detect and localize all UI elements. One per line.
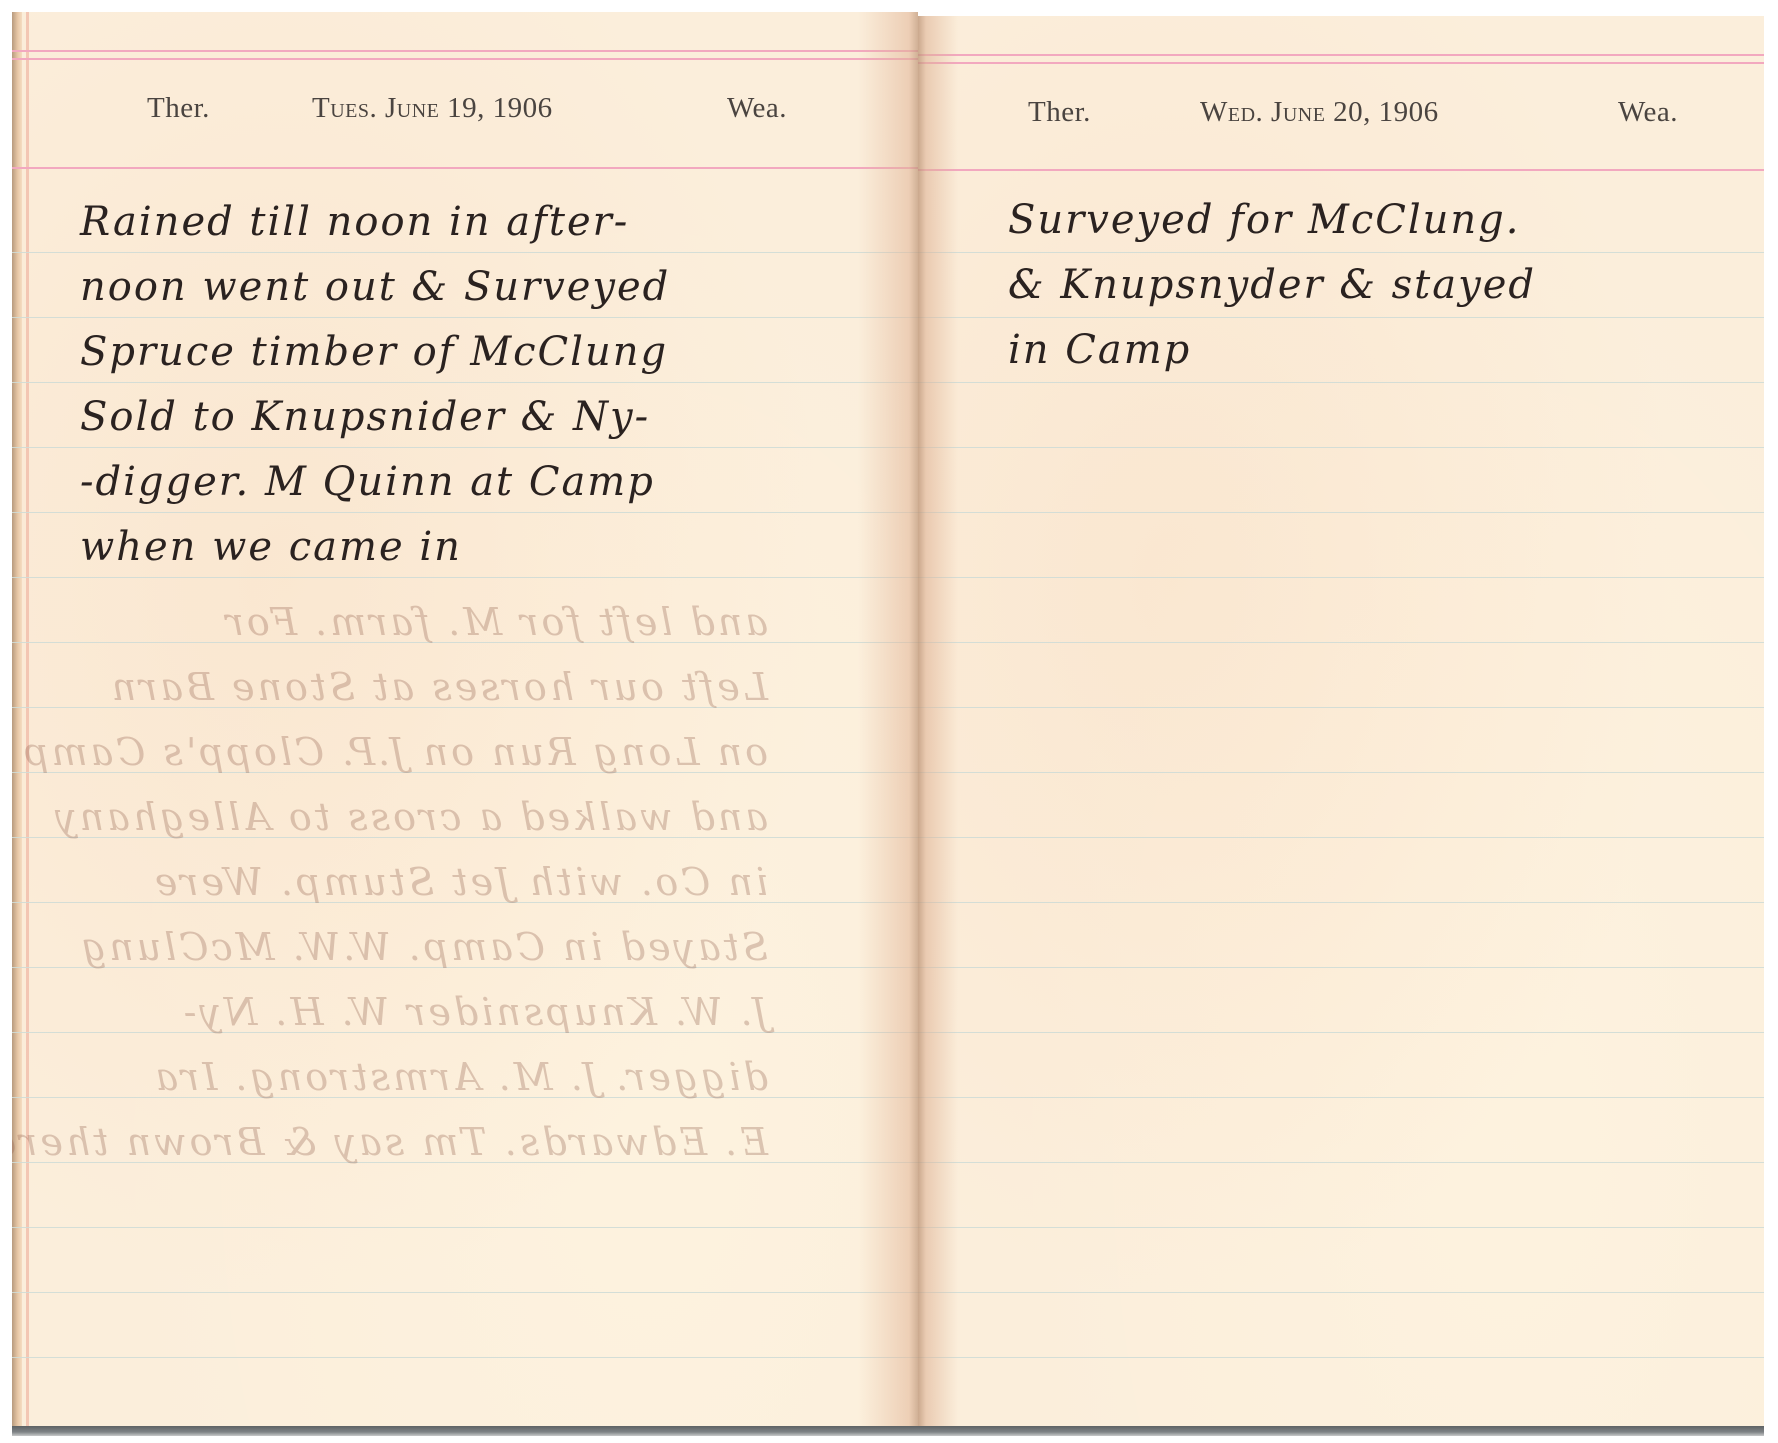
right-page: Ther. Wed. June 20, 1906 Wea. Surveyed f… — [918, 16, 1764, 1430]
header-rule-top — [12, 50, 918, 52]
bleed-through-text: and left for M. farm. For Left our horse… — [12, 590, 918, 1175]
ruled-line — [918, 707, 1764, 708]
open-diary: Ther. Tues. June 19, 1906 Wea. and left … — [12, 12, 1764, 1432]
ruled-line — [918, 1097, 1764, 1098]
ruled-line — [918, 1032, 1764, 1033]
diary-entry: Rained till noon in after- noon went out… — [12, 190, 918, 580]
ruled-line — [918, 642, 1764, 643]
thermometer-label: Ther. — [147, 92, 210, 125]
gutter-shadow — [918, 16, 958, 1430]
entry-line: -digger. M Quinn at Camp — [80, 450, 918, 515]
ruled-line — [918, 772, 1764, 773]
ruled-line — [918, 837, 1764, 838]
ruled-line — [12, 1292, 918, 1293]
bleed-line: and walked a cross to Alleghany — [12, 785, 918, 850]
bleed-line: digger. J. M. Armstrong. Ira — [12, 1045, 918, 1110]
ruled-line — [918, 967, 1764, 968]
weather-label: Wea. — [727, 92, 787, 125]
ruled-line — [918, 1357, 1764, 1358]
bleed-line: on Long Run on J.P. Clopp's Camp — [12, 720, 918, 785]
entry-line: Spruce timber of McClung — [80, 320, 918, 385]
book-bottom-edge — [12, 1426, 1764, 1436]
diary-entry: Surveyed for McClung. & Knupsnyder & sta… — [918, 188, 1764, 383]
entry-line: noon went out & Surveyed — [80, 255, 918, 320]
entry-line: Surveyed for McClung. — [1008, 188, 1764, 253]
bleed-line: and left for M. farm. For — [12, 590, 918, 655]
ruled-line — [12, 1357, 918, 1358]
bleed-line: Left our horses at Stone Barn — [12, 655, 918, 720]
header-rule-top-second — [918, 62, 1764, 64]
date-heading: Wed. June 20, 1906 — [1200, 96, 1439, 129]
thermometer-label: Ther. — [1028, 96, 1091, 129]
ruled-line — [918, 577, 1764, 578]
entry-line: Sold to Knupsnider & Ny- — [80, 385, 918, 450]
entry-line: Rained till noon in after- — [80, 190, 918, 255]
bleed-line: J. W. Knupsnider W. H. Ny- — [12, 980, 918, 1045]
header-rule-bottom — [12, 167, 918, 169]
page-header: Ther. Tues. June 19, 1906 Wea. — [12, 92, 918, 132]
ruled-line — [918, 447, 1764, 448]
page-header: Ther. Wed. June 20, 1906 Wea. — [918, 96, 1764, 136]
ruled-line — [918, 1292, 1764, 1293]
ruled-line — [918, 902, 1764, 903]
entry-line: in Camp — [1008, 318, 1764, 383]
header-rule-bottom — [918, 169, 1764, 171]
ruled-line — [12, 1227, 918, 1228]
bleed-line: E. Edwards. Tm say & Brown there. — [12, 1110, 918, 1175]
header-rule-top-second — [12, 58, 918, 60]
gutter-shadow — [858, 12, 918, 1430]
bleed-line: in Co. with Jet Stump. Were — [12, 850, 918, 915]
ruled-line — [918, 512, 1764, 513]
header-rule-top — [918, 54, 1764, 56]
bleed-line: Stayed in Camp. W.W. McClung — [12, 915, 918, 980]
entry-line: when we came in — [80, 515, 918, 580]
ruled-line — [918, 1227, 1764, 1228]
left-page: Ther. Tues. June 19, 1906 Wea. and left … — [12, 12, 918, 1430]
weather-label: Wea. — [1618, 96, 1678, 129]
date-heading: Tues. June 19, 1906 — [312, 92, 553, 125]
ruled-line — [918, 1162, 1764, 1163]
entry-line: & Knupsnyder & stayed — [1008, 253, 1764, 318]
